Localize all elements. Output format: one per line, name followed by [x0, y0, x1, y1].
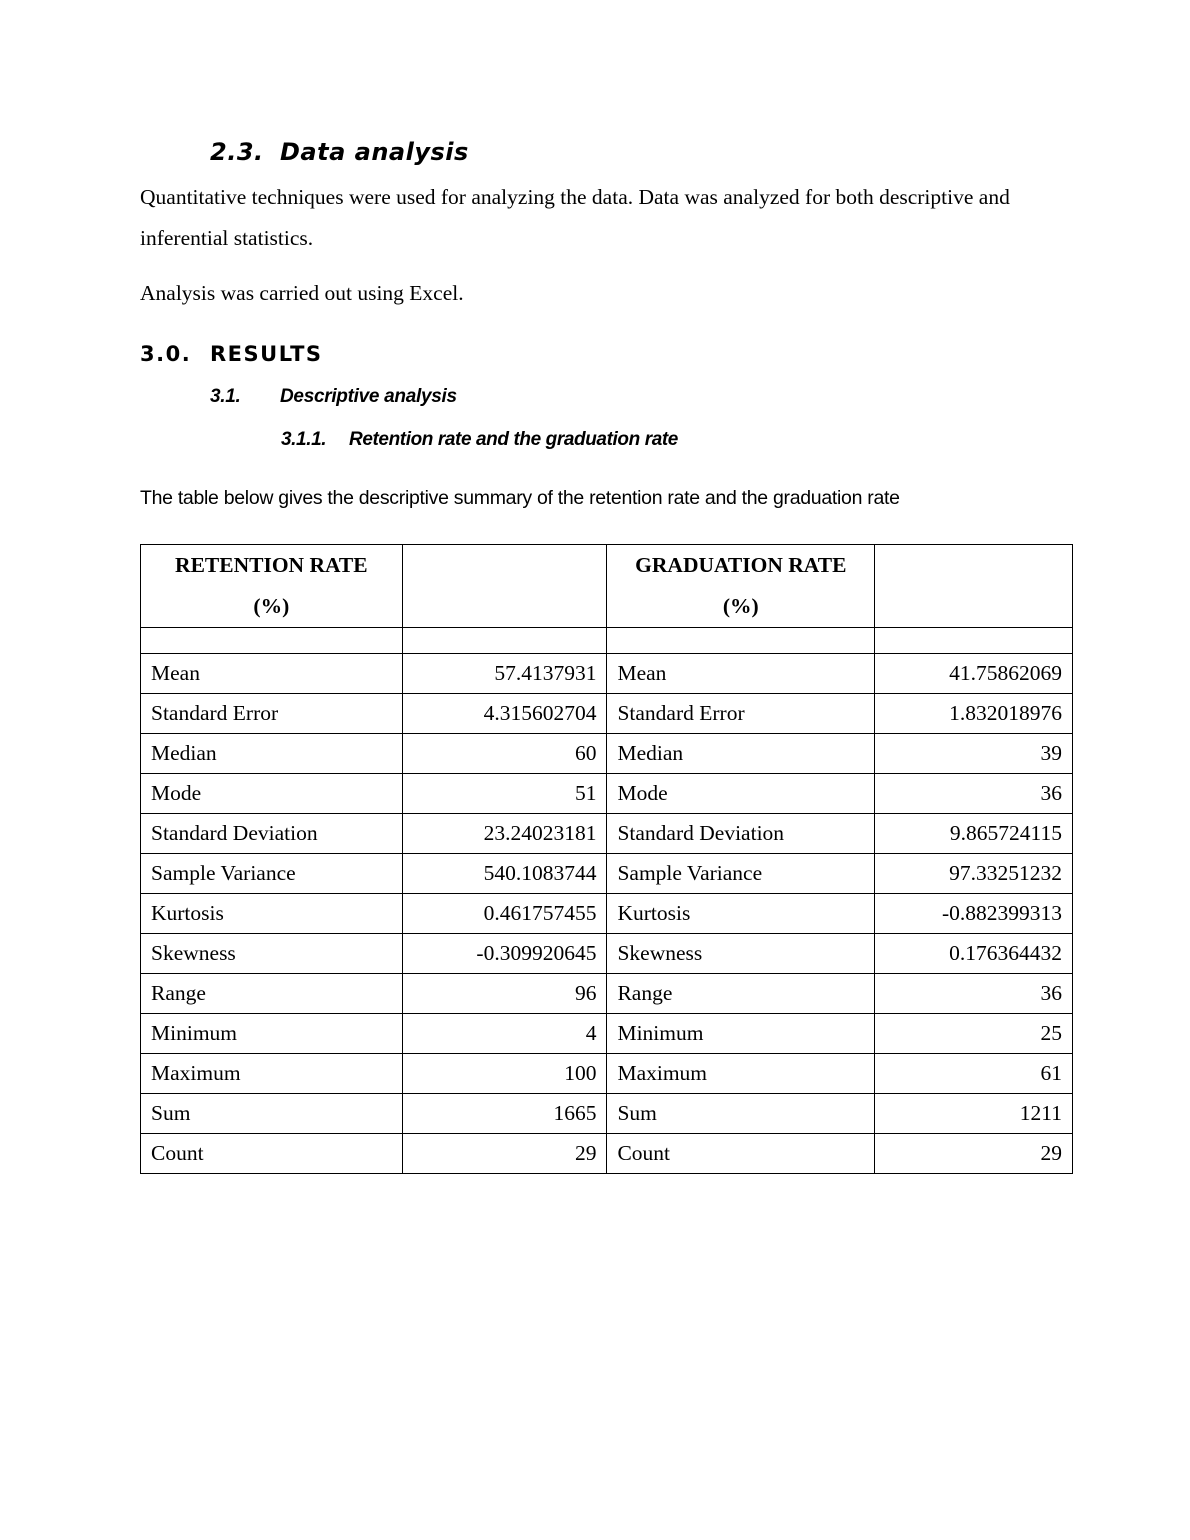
retention-stat-label: Minimum: [141, 1014, 403, 1054]
table-row: Kurtosis0.461757455Kurtosis-0.882399313: [141, 894, 1073, 934]
graduation-stat-label: Mean: [607, 654, 875, 694]
heading-number: 2.3.: [210, 138, 280, 166]
retention-stat-label: Mean: [141, 654, 403, 694]
graduation-stat-label: Median: [607, 734, 875, 774]
graduation-stat-label: Sample Variance: [607, 854, 875, 894]
table-row: Sample Variance540.1083744Sample Varianc…: [141, 854, 1073, 894]
table-row: Maximum100Maximum61: [141, 1054, 1073, 1094]
descriptive-stats-table: RETENTION RATE(%) GRADUATION RATE(%) Mea…: [140, 544, 1073, 1174]
retention-stat-label: Skewness: [141, 934, 403, 974]
document-page: 2.3.Data analysis Quantitative technique…: [0, 0, 1190, 1540]
graduation-stat-value: 36: [875, 774, 1073, 814]
table-row: Standard Deviation23.24023181Standard De…: [141, 814, 1073, 854]
graduation-stat-value: 41.75862069: [875, 654, 1073, 694]
retention-stat-value: -0.309920645: [402, 934, 607, 974]
header-retention-rate: RETENTION RATE(%): [141, 545, 403, 628]
graduation-stat-value: 1211: [875, 1094, 1073, 1134]
retention-stat-label: Standard Error: [141, 694, 403, 734]
graduation-stat-value: 25: [875, 1014, 1073, 1054]
retention-stat-value: 1665: [402, 1094, 607, 1134]
graduation-stat-label: Kurtosis: [607, 894, 875, 934]
graduation-stat-label: Minimum: [607, 1014, 875, 1054]
retention-stat-label: Count: [141, 1134, 403, 1174]
header-retention-value: [402, 545, 607, 628]
retention-stat-label: Sample Variance: [141, 854, 403, 894]
retention-stat-label: Kurtosis: [141, 894, 403, 934]
graduation-stat-label: Skewness: [607, 934, 875, 974]
retention-stat-value: 100: [402, 1054, 607, 1094]
heading-number: 3.1.1.: [281, 429, 349, 451]
graduation-stat-value: 29: [875, 1134, 1073, 1174]
retention-stat-value: 57.4137931: [402, 654, 607, 694]
retention-stat-label: Mode: [141, 774, 403, 814]
graduation-stat-label: Sum: [607, 1094, 875, 1134]
retention-stat-value: 0.461757455: [402, 894, 607, 934]
retention-stat-label: Sum: [141, 1094, 403, 1134]
graduation-stat-value: 97.33251232: [875, 854, 1073, 894]
table-header-row: RETENTION RATE(%) GRADUATION RATE(%): [141, 545, 1073, 628]
heading-title: Data analysis: [280, 138, 469, 166]
graduation-stat-label: Standard Deviation: [607, 814, 875, 854]
table-intro-text: The table below gives the descriptive su…: [140, 487, 900, 510]
heading-title: Retention rate and the graduation rate: [349, 429, 678, 450]
heading-descriptive-analysis: 3.1.Descriptive analysis: [210, 386, 457, 408]
table-empty-row: [141, 628, 1073, 654]
retention-stat-value: 29: [402, 1134, 607, 1174]
retention-stat-value: 51: [402, 774, 607, 814]
table-row: Standard Error4.315602704Standard Error1…: [141, 694, 1073, 734]
table-row: Median60Median39: [141, 734, 1073, 774]
graduation-stat-value: -0.882399313: [875, 894, 1073, 934]
paragraph-techniques: Quantitative techniques were used for an…: [140, 177, 1060, 259]
heading-number: 3.0.: [140, 342, 210, 366]
graduation-stat-value: 61: [875, 1054, 1073, 1094]
graduation-stat-label: Count: [607, 1134, 875, 1174]
retention-stat-value: 4.315602704: [402, 694, 607, 734]
retention-stat-label: Range: [141, 974, 403, 1014]
table-row: Sum1665Sum1211: [141, 1094, 1073, 1134]
heading-retention-graduation: 3.1.1.Retention rate and the graduation …: [281, 429, 678, 451]
heading-results: 3.0.RESULTS: [140, 342, 323, 366]
heading-number: 3.1.: [210, 386, 280, 408]
table-row: Mode51Mode36: [141, 774, 1073, 814]
graduation-stat-value: 0.176364432: [875, 934, 1073, 974]
retention-stat-label: Standard Deviation: [141, 814, 403, 854]
retention-stat-value: 540.1083744: [402, 854, 607, 894]
heading-title: RESULTS: [210, 342, 323, 366]
graduation-stat-value: 9.865724115: [875, 814, 1073, 854]
table-row: Minimum4Minimum25: [141, 1014, 1073, 1054]
graduation-stat-value: 36: [875, 974, 1073, 1014]
table-row: Skewness-0.309920645Skewness0.176364432: [141, 934, 1073, 974]
graduation-stat-label: Mode: [607, 774, 875, 814]
graduation-stat-label: Maximum: [607, 1054, 875, 1094]
heading-title: Descriptive analysis: [280, 386, 457, 407]
table-row: Mean57.4137931Mean41.75862069: [141, 654, 1073, 694]
graduation-stat-value: 39: [875, 734, 1073, 774]
graduation-stat-label: Range: [607, 974, 875, 1014]
paragraph-excel: Analysis was carried out using Excel.: [140, 273, 1060, 314]
retention-stat-value: 23.24023181: [402, 814, 607, 854]
heading-data-analysis: 2.3.Data analysis: [210, 138, 469, 166]
graduation-stat-label: Standard Error: [607, 694, 875, 734]
header-graduation-value: [875, 545, 1073, 628]
retention-stat-value: 60: [402, 734, 607, 774]
graduation-stat-value: 1.832018976: [875, 694, 1073, 734]
retention-stat-value: 96: [402, 974, 607, 1014]
table-row: Range96Range36: [141, 974, 1073, 1014]
table-row: Count29Count29: [141, 1134, 1073, 1174]
retention-stat-label: Median: [141, 734, 403, 774]
retention-stat-value: 4: [402, 1014, 607, 1054]
header-graduation-rate: GRADUATION RATE(%): [607, 545, 875, 628]
retention-stat-label: Maximum: [141, 1054, 403, 1094]
